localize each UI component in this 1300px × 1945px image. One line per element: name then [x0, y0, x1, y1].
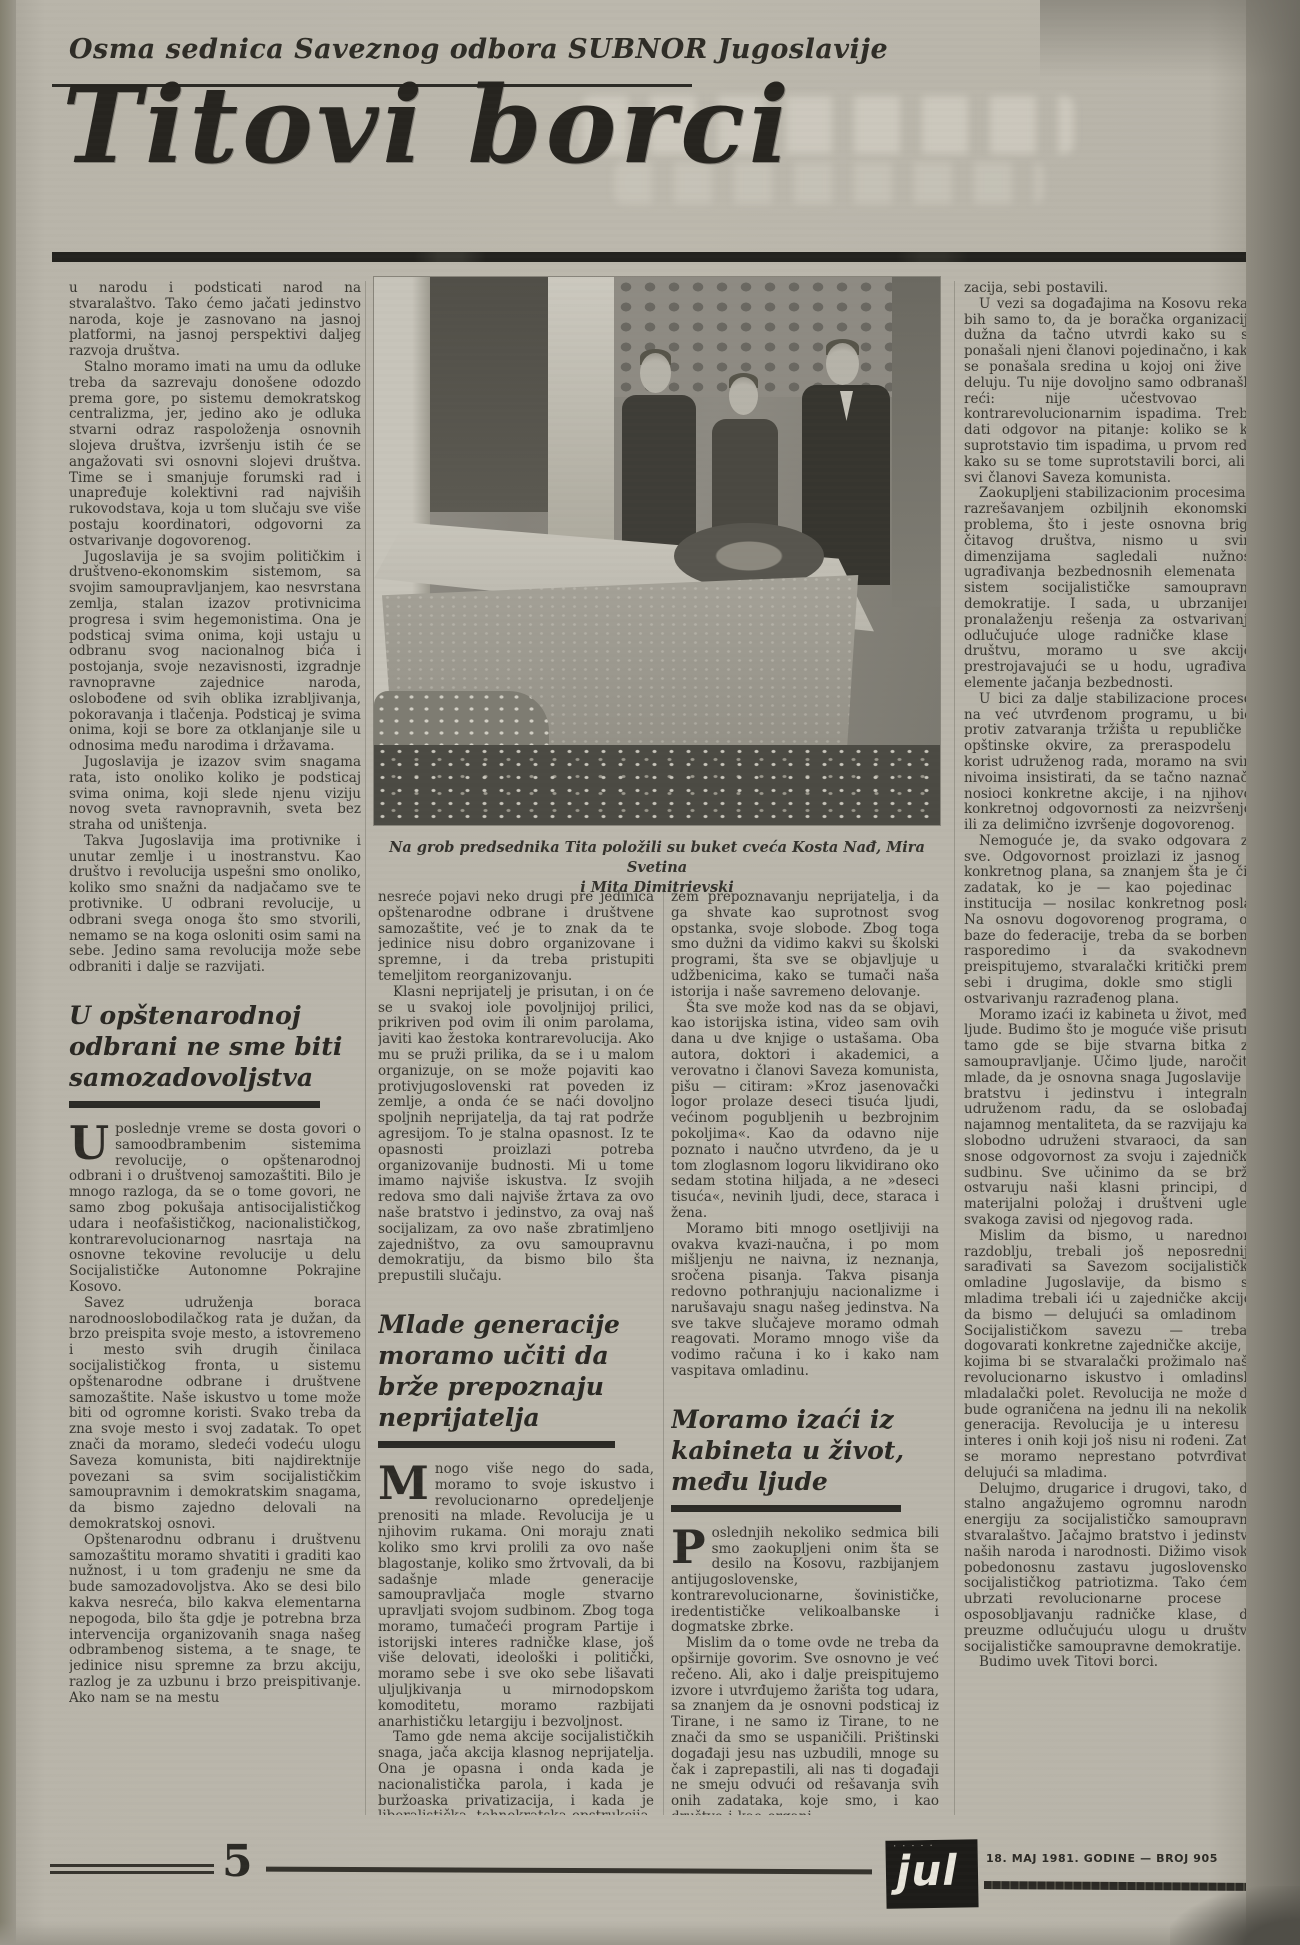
subhead-rule — [671, 1505, 901, 1512]
paragraph: U vezi sa događajima na Kosovu rekao bih… — [964, 297, 1256, 487]
paragraph: žem prepoznavanju neprijatelja, i da ga … — [671, 890, 939, 1001]
photo-foliage — [892, 277, 940, 607]
issue-date-line: 18. MAJ 1981. GODINE — BROJ 905 — [986, 1852, 1264, 1865]
photo-tito-grave — [374, 277, 940, 825]
column-separator — [663, 890, 664, 1815]
photo-caption: Na grob predsednika Tita položili su buk… — [364, 838, 950, 898]
kicker: Osma sednica Saveznog odbora SUBNOR Jugo… — [69, 34, 888, 65]
paragraph: Moramo izaći iz kabineta u život, među l… — [964, 1008, 1256, 1229]
drop-cap: M — [378, 1462, 435, 1502]
headline-rule-bar — [52, 252, 1258, 262]
column-4: zacija, sebi postavili.U vezi sa događaj… — [964, 281, 1256, 1815]
photo-pillar — [548, 277, 614, 542]
paragraph: Jugoslavija je sa svojim političkim i dr… — [69, 550, 361, 755]
paragraph: U bici za dalje stabilizacione procese, … — [964, 692, 1256, 834]
headline: Titovi borci — [62, 62, 793, 187]
paragraph: Moramo biti mnogo osetljiviji na ovakva … — [671, 1222, 939, 1380]
newspaper-page: Osma sednica Saveznog odbora SUBNOR Jugo… — [14, 0, 1258, 1945]
paragraph: Poslednjih nekoliko sedmica bili smo zao… — [671, 1526, 939, 1637]
paragraph: Tamo gde nema akcije socijalističkih sna… — [378, 1730, 654, 1815]
paragraph: Šta sve može kod nas da se objavi, kao i… — [671, 1001, 939, 1222]
paragraph: Savez udruženja boraca narodnooslobodila… — [69, 1296, 361, 1533]
page-number: 5 — [222, 1836, 253, 1887]
issue-rule — [984, 1881, 1262, 1891]
paragraph: Stalno moramo imati na umu da odluke tre… — [69, 360, 361, 550]
paragraph: Klasni neprijatelj je prisutan, i on će … — [378, 985, 654, 1285]
section-subhead: Moramo izaći iz kabineta u život, među l… — [671, 1404, 939, 1497]
paragraph: Opštenarodnu odbranu i društvenu samozaš… — [69, 1533, 361, 1707]
footer-double-rule — [50, 1864, 214, 1874]
footer-rule — [266, 1867, 872, 1875]
newspaper-scan: { "header": { "kicker": "Osma sednica Sa… — [0, 0, 1300, 1945]
paragraph: Mnogo više nego do sada, moramo to svoje… — [378, 1462, 654, 1731]
column-1: u narodu i podsticati narod na stvaralaš… — [69, 281, 361, 1815]
photo-figure-head — [826, 343, 859, 385]
paragraph: Zaokupljeni stabilizacionim procesima i … — [964, 486, 1256, 691]
column-separator — [365, 281, 366, 1815]
section-subhead: Mlade generacije moramo učiti da brže pr… — [378, 1309, 654, 1433]
column-2: nesreće pojavi neko drugi pre jedinica o… — [378, 890, 654, 1815]
paragraph: Budimo uvek Titovi borci. — [964, 1655, 1256, 1671]
paragraph: zacija, sebi postavili. — [964, 281, 1256, 297]
jul-logo: jul — [885, 1839, 978, 1909]
paragraph: Mislim da o tome ovde ne treba da opširn… — [671, 1636, 939, 1815]
photo-flowers — [374, 745, 940, 825]
section-subhead: U opštenarodnoj odbrani ne sme biti samo… — [69, 1000, 361, 1093]
column-3: žem prepoznavanju neprijatelja, i da ga … — [671, 890, 939, 1815]
paragraph: Mislim da bismo, u narednom razdoblju, t… — [964, 1229, 1256, 1482]
paragraph: Jugoslavija je izazov svim snagama rata,… — [69, 755, 361, 834]
subhead-rule — [378, 1441, 615, 1448]
paragraph: Takva Jugoslavija ima protivnike i unuta… — [69, 834, 361, 976]
photo-doorway — [430, 277, 548, 512]
paragraph: Delujmo, drugarice i drugovi, tako, da s… — [964, 1482, 1256, 1656]
paragraph: Nemoguće je, da svako odgovara za sve. O… — [964, 834, 1256, 1008]
caption-line-1: Na grob predsednika Tita položili su buk… — [389, 839, 925, 876]
subhead-rule — [69, 1101, 320, 1108]
drop-cap: U — [69, 1122, 115, 1162]
jul-logo-text: jul — [896, 1846, 959, 1896]
photo-figure-head — [640, 353, 671, 393]
paragraph: u narodu i podsticati narod na stvaralaš… — [69, 281, 361, 360]
photo-figure-head — [729, 377, 758, 415]
drop-cap: P — [671, 1526, 712, 1566]
column-separator — [954, 281, 955, 1815]
paragraph: Uposlednje vreme se dosta govori o samoo… — [69, 1122, 361, 1296]
paragraph: nesreće pojavi neko drugi pre jedinica o… — [378, 890, 654, 985]
